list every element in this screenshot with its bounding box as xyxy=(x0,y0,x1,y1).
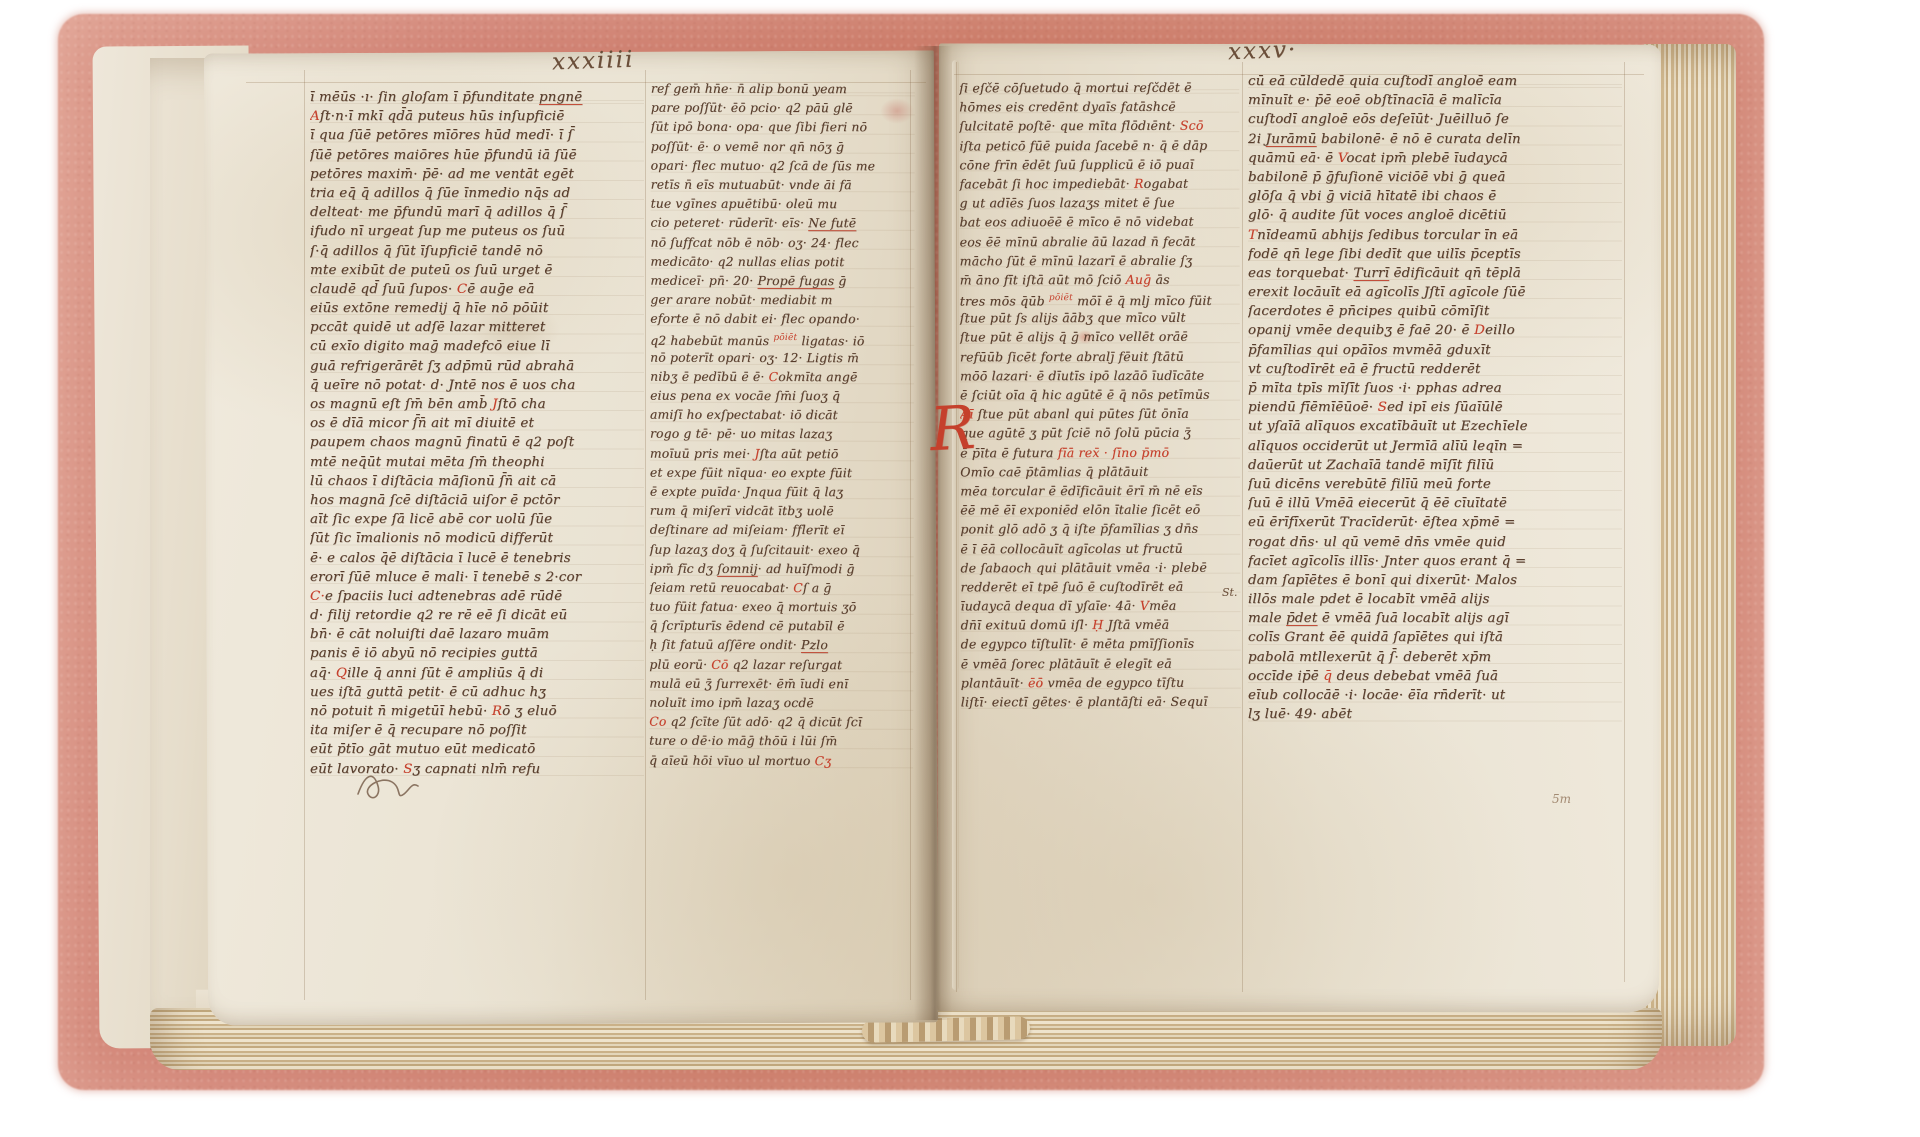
manuscript-text-line: ſuū ē illū Vmēā eiecerūt q̄ ēē cīuītatē xyxy=(1248,494,1622,513)
manuscript-text-line: C·e ſpaciis luci adtenebras adē rūdē xyxy=(310,587,644,606)
ink-text: daūerūt ut Zachaīā tandē mīſīt filīū xyxy=(1248,458,1494,473)
ink-text: glōſa q̄ vbi ḡ viciā hītatē ibi chaos ē xyxy=(1248,189,1496,204)
manuscript-text-line: ues iſtā guttā petit· ē cū adhuc hʒ xyxy=(310,683,644,702)
rubric-text: Co xyxy=(649,715,666,729)
ink-text: q̄ ſcrīpturīs ēdend cē putabīl ē xyxy=(649,619,844,634)
ink-text: q̄ aīeū hōi vīuo ul mortuo xyxy=(649,753,815,767)
manuscript-text-line: bn̄· ē cāt noluiſti daē lazaro muām xyxy=(310,625,644,644)
manuscript-text-line: tuo fūit fatua· exeo q̄ mortuis ʒō xyxy=(650,598,914,618)
rubric-text: C· xyxy=(310,589,325,604)
manuscript-text-line: nō potuit n̄ migetūī hebū· Rō ʒ eluō xyxy=(310,702,644,721)
ink-text: ī mēūs ·ı· ſin gloſam ī p̄funditate xyxy=(310,90,539,105)
manuscript-text-line: plū eorū· Cō q2 lazar reſurgat xyxy=(649,655,913,675)
rubric-text: C xyxy=(769,370,779,384)
ruling-line xyxy=(645,70,646,1000)
manuscript-text-line: poſſūt· ē· o vemē nor qn̄ nōʒ ḡ xyxy=(651,137,915,157)
ink-text: ſulcitatē poſtē· que mīta flōdıēnt· xyxy=(959,118,1180,134)
rubric-text: pōiēt xyxy=(773,333,797,343)
manuscript-photograph: xxxiiii xxxv· ī mēūs ·ı· ſin gloſam ī p̄… xyxy=(0,0,1920,1137)
ink-text: p̄famīlias qui opāīos mvmēā gduxīt xyxy=(1248,343,1491,358)
ink-text: ē vmēā ſuā locabīt alijs agī xyxy=(1317,611,1508,626)
ink-text: mediceī· pn̄· 20· xyxy=(650,274,757,288)
rubric-text: D xyxy=(1474,323,1485,338)
manuscript-text-line: d· filij retordie q2 re rē eē ſi dicāt e… xyxy=(310,606,644,625)
manuscript-text-line: glō· q̄ audite ſūt voces angloē dicētiū xyxy=(1248,206,1622,225)
manuscript-text-line: ſup lazaʒ doʒ q̄ ſuſcitauit· exeo q̄ xyxy=(650,540,914,560)
ink-text: ē vmēā ſorec plātāuīt ē elegīt eā xyxy=(961,655,1172,671)
ink-text: eūt p̄tīo gāt mutuo eūt medicatō xyxy=(310,742,535,757)
ink-text: eforte ē nō dabit ei· flec opando· xyxy=(650,312,860,327)
manuscript-text-line: cōne frīn ēdēt ſuū ſupplicū ē iō puaī xyxy=(959,154,1239,174)
ink-text: mēa torcular ē ēdīficāuit ērī m̄ nē eīs xyxy=(960,483,1203,499)
rubric-text: Ne futē xyxy=(808,216,856,230)
right-page-column-1: ſi eſčē cōſuetudo q̄ mortui reſčdēt ēhōm… xyxy=(959,78,1241,716)
ink-text: tue vgīnes apuētibū· oleū mu xyxy=(651,197,838,211)
manuscript-text-line: piendū fīēmīēūoē· Sed ipī eis ſūaīūlē xyxy=(1248,398,1622,417)
rubric-text: S xyxy=(1378,400,1387,415)
manuscript-text-line: male p̄det ē vmēā ſuā locabīt alijs agī xyxy=(1248,609,1622,628)
manuscript-text-line: vt cuſtodīrēt eā ē fructū redderēt xyxy=(1248,360,1622,379)
manuscript-text-line: Omīo caē p̄tāmlias q̄ plātāuit xyxy=(960,461,1240,481)
ink-text: pabolā mtllexerūt q̄ ſ̄· deberēt xp̄m xyxy=(1248,650,1491,665)
folio-number-right: xxxv· xyxy=(1228,37,1298,65)
manuscript-text-line: mīnuīt e· p̄ē eoē obſtīnacīā ē malīcīa xyxy=(1248,91,1622,110)
manuscript-text-line: eforte ē nō dabit ei· flec opando· xyxy=(650,310,914,330)
manuscript-text-line: p̄famīlias qui opāīos mvmēā gduxīt xyxy=(1248,341,1622,360)
manuscript-text-line: erorī ſūē mluce ē mali· ī tenebē s 2·cor xyxy=(310,568,644,587)
ink-text: q̄ ueīre nō potat· d· Jntē nos ē uos cha xyxy=(310,378,575,393)
ink-text: lʒ luē· 49· abēt xyxy=(1248,707,1352,722)
ink-text: et expe fūit nīqua· eo expte fūit xyxy=(650,465,852,480)
ink-text: cuſtodī angloē eōs deſeīūt· Juēilluō ſe xyxy=(1248,112,1509,127)
manuscript-text-line: ē ſciūt oīa q̄ hic agūtē ē q̄ nōs petīmū… xyxy=(960,385,1240,405)
rubric-text: V xyxy=(1140,598,1149,613)
manuscript-text-line: iſta peticō fūē puida ſacebē n· q̄ ē dāp xyxy=(959,135,1239,155)
manuscript-text-line: ḥ ſit fatuū aſſēre ondit· Pzlo xyxy=(649,636,913,656)
manuscript-text-line: hōmes eis credēnt dyaīs fatāshcē xyxy=(959,97,1239,117)
manuscript-text-line: opari· flec mutuo· q2 ſcā de ſūs me xyxy=(651,156,915,176)
manuscript-text-line: ſuū dicēns verebūtē filīū meū forte xyxy=(1248,475,1622,494)
ink-text: bat eos adiuoēē ē mīco ē nō videbat xyxy=(960,214,1194,230)
ink-text: nō poterīt opari· oʒ· 12· Ligtis m̄ xyxy=(650,350,859,365)
ink-text: plantāuīt· xyxy=(961,675,1028,690)
ink-text: cū eā cūldedē quia cuſtodī angloē eam xyxy=(1248,74,1517,89)
ink-text: ut yſaīā alīquos excatībāuīt ut Ezechīel… xyxy=(1248,419,1528,434)
manuscript-text-line: ē ī ēā collocāuīt agīcolas ut fructū xyxy=(960,538,1240,558)
rubric-text: q̄ xyxy=(1323,669,1332,684)
manuscript-text-line: ſi eſčē cōſuetudo q̄ mortui reſčdēt ē xyxy=(959,78,1239,98)
manuscript-text-line: petōres maxim̄· p̄ē· ad me ventāt egēt xyxy=(310,165,644,184)
manuscript-text-line: redderēt eī tpē ſuō ē cuſtodīrēt eā xyxy=(960,577,1240,597)
ink-text: ſ·q̄ adillos q̄ ſūt īſupficiē tandē nō xyxy=(310,244,543,259)
manuscript-text-line: que agūtē ʒ pūt ſciē nō ſolū pūcia ʒ̄ xyxy=(960,423,1240,443)
rubric-initial-R: R xyxy=(929,399,977,459)
ink-text: colīs Grant ēē quidā ſapīētes qui iſtā xyxy=(1248,630,1503,645)
manuscript-text-line: cū eā cūldedē quia cuſtodī angloē eam xyxy=(1248,72,1622,91)
rubric-text: pōiēt xyxy=(1049,293,1073,303)
ink-text: paupem chaos magnū finatū ē q2 poſt xyxy=(310,435,574,450)
ink-text: ʒ capnati nlm̄ refu xyxy=(413,762,541,777)
manuscript-text-line: ī qua ſūē petōres mīōres hūd medī· ī ſ̄ xyxy=(310,126,644,145)
ink-text: pare poſſūt· ēō pcio· q2 pāū glē xyxy=(651,101,853,116)
rubric-text: p̄det xyxy=(1286,611,1317,626)
ink-text: eiūs extōne remedij q̄ hīe nō pōūit xyxy=(310,301,548,316)
manuscript-text-line: ita miſer ē q̄ recupare nō poſſit xyxy=(310,721,644,740)
manuscript-text-line: occīde ip̄ē q̄ deus debebat vmēā ſuā xyxy=(1248,667,1622,686)
rubric-text: Auḡ xyxy=(1126,272,1152,287)
manuscript-text-line: mulā eū ʒ̄ ſurrexēt· ēm̄ īudi enī xyxy=(649,674,913,694)
ink-text: glō· q̄ audite ſūt voces angloē dicētiū xyxy=(1248,208,1507,223)
ink-text: hos magnā ſcē diſtāciā uiſor ē pctōr xyxy=(310,493,560,508)
manuscript-text-line: moīuū pris mei· Jſta aūt petiō xyxy=(650,444,914,464)
manuscript-text-line: ſacerdotes ē pn̄cipes quibū cōmīſit xyxy=(1248,302,1622,321)
ink-text: ō ʒ eluō xyxy=(502,704,557,719)
rubric-text: Cō xyxy=(711,657,728,671)
manuscript-text-line: ſūt ipō bona· opa· que ſibi fieri nō xyxy=(651,118,915,138)
manuscript-text-line: p̄ mīta tpīs mīſīt ſuos ·i· pphas adrea xyxy=(1248,379,1622,398)
manuscript-text-line: mtē neq̄ūt mutai mēta ſm̄ theophi xyxy=(310,453,644,472)
manuscript-text-line: facebāt ſi hoc impediebāt· Rogabat xyxy=(959,174,1239,194)
ink-text: ref gem̄ hn̄e· n̄ alip bonū yeam xyxy=(651,82,847,97)
manuscript-text-line: tue vgīnes apuētibū· oleū mu xyxy=(651,195,915,215)
manuscript-text-line: eius pena ex vocāe ſm̄i ſuoʒ q̄ xyxy=(650,387,914,407)
manuscript-text-line: ē expte puīda· Jnqua fūit q̄ laʒ xyxy=(650,483,914,503)
rubric-text: Turrī xyxy=(1353,266,1389,281)
manuscript-text-line: eūt p̄tīo gāt mutuo eūt medicatō xyxy=(310,740,644,759)
ink-text: pccāt quidē ut adſē lazar mitteret xyxy=(310,320,546,335)
rubric-text: pngnē xyxy=(539,90,582,105)
manuscript-text-line: glōſa q̄ vbi ḡ viciā hītatē ibi chaos ē xyxy=(1248,187,1622,206)
manuscript-text-line: ē p̄īta ē futura fīā rex̄ · ſīno p̄mō xyxy=(960,442,1240,462)
manuscript-text-line: ponit glō adō ʒ q̄ iſte p̄famīlias ʒ dn̄… xyxy=(960,519,1240,539)
rubric-text: Cʒ xyxy=(815,754,832,768)
ink-text: vt cuſtodīrēt eā ē fructū redderēt xyxy=(1248,362,1481,377)
manuscript-text-line: panis ē iō abyū nō recipies guttā xyxy=(310,644,644,663)
ink-text: opanij vmēe dequibʒ ē faē 20· ē xyxy=(1248,323,1474,338)
manuscript-text-line: illōs male pdet ē locabīt vmēā alijs xyxy=(1248,590,1622,609)
ink-text: ſacerdotes ē pn̄cipes quibū cōmīſit xyxy=(1248,304,1490,319)
manuscript-text-line: Aī ſtue pūt abanl qui pūtes ſūt ōnīa xyxy=(960,404,1240,424)
rubric-text: Pzlo xyxy=(801,638,828,652)
ink-text: ſūt ipō bona· opa· que ſibi fieri nō xyxy=(651,120,867,135)
ink-text: ē ī ēā collocāuīt agīcolas ut fructū xyxy=(960,540,1183,556)
manuscript-text-line: cio peteret· rūderīt· eīs· Ne futē xyxy=(651,214,915,234)
manuscript-text-line: erexit locāuīt eā agīcolīs Jſtī agīcole … xyxy=(1248,283,1622,302)
manuscript-text-line: ipm̄ fīc dʒ ſomnij· ad huīſmodi ḡ xyxy=(650,559,914,579)
manuscript-text-line: mēa torcular ē ēdīficāuit ērī m̄ nē eīs xyxy=(960,481,1240,501)
ink-text: tres mōs q̄ūb xyxy=(960,293,1049,308)
manuscript-text-line: plantāuīt· ēō vmēa de egypco tīſtu xyxy=(961,672,1241,692)
manuscript-text-line: medicāto· q2 nullas elias potit xyxy=(650,252,914,272)
manuscript-text-line: ture o dē·io māḡ thōū i lūi ſm̄ xyxy=(649,732,913,752)
rubric-text: Jurāmū xyxy=(1266,132,1317,147)
ink-text: eīub collocāē ·i· locāe· ēīa rn̄derīt· u… xyxy=(1248,688,1505,703)
ink-text: ī qua ſūē petōres mīōres hūd medī· ī ſ̄ xyxy=(310,128,573,143)
manuscript-text-line: 2i Jurāmū babilonē· ē nō ē curata delīn xyxy=(1248,130,1622,149)
manuscript-text-line: guā refrigerārēt ſʒ adp̄mū rūd abrahā xyxy=(310,357,644,376)
manuscript-text-line: mte exibūt de puteū os ſuū urget ē xyxy=(310,261,644,280)
ink-text: aq̄· xyxy=(310,666,336,681)
ruling-line xyxy=(304,70,305,1000)
manuscript-text-line: ſ·q̄ adillos q̄ ſūt īſupficiē tandē nō xyxy=(310,242,644,261)
manuscript-text-line: rum q̄ miſerī vidcāt ītbʒ uolē xyxy=(650,502,914,522)
rubric-text: R xyxy=(1134,176,1144,191)
ink-text: ed ipī eis ſūaīūlē xyxy=(1387,400,1503,415)
ink-text: eius pena ex vocāe ſm̄i ſuoʒ q̄ xyxy=(650,389,840,403)
ink-text: de egypco tīſtulīt· ē mēta pmīſſionīs xyxy=(961,636,1195,652)
ink-text: petōres maxim̄· p̄ē· ad me ventāt egēt xyxy=(310,167,574,182)
gutter-shadow xyxy=(914,46,952,1020)
manuscript-text-line: eos ēē mīnū abralie āū lazad n̄ fecāt xyxy=(960,231,1240,251)
ink-text: ille q̄ anni ſūt ē ampliūs q̄ di xyxy=(347,666,543,681)
ink-text: 2i xyxy=(1248,132,1266,147)
ink-text: mtē neq̄ūt mutai mēta ſm̄ theophi xyxy=(310,455,545,470)
ink-text: ſeiam retū reuocabat· xyxy=(650,581,794,595)
manuscript-text-line: noluīt imo ipm̄ lazaʒ ocdē xyxy=(649,694,913,714)
ink-text: amiſī ho exſpectabat· iō dicāt xyxy=(650,408,838,422)
ink-text: ſtue pūt abanl qui pūtes ſūt ōnīa xyxy=(973,406,1188,422)
rubric-text: C xyxy=(793,581,803,595)
ink-text: ſtue pūt ſs alijs āābʒ que mīco vūlt xyxy=(960,310,1186,326)
ink-text: ſi eſčē cōſuetudo q̄ mortui reſčdēt ē xyxy=(959,80,1192,96)
ink-text: facīet agīcolīs illīs· Jnter quos erant … xyxy=(1248,554,1526,569)
ink-text: os magnū eſt ſm̄ bēn amb̄ xyxy=(310,397,492,412)
ink-text: alīquos occiderūt ut Jermīā alīū leqīn = xyxy=(1248,439,1523,454)
ink-text: ſta aūt petiō xyxy=(760,447,839,461)
ink-text: p̄ mīta tpīs mīſīt ſuos ·i· pphas adrea xyxy=(1248,381,1502,396)
manuscript-text-line: claudē qd̄ ſuū ſupos· Cē auḡe eā xyxy=(310,280,644,299)
rubric-text: Propē fugas xyxy=(758,274,835,288)
manuscript-text-line: hos magnā ſcē diſtāciā uiſor ē pctōr xyxy=(310,491,644,510)
ink-text: m̄ āno fīt iſtā aūt mō ſciō xyxy=(960,272,1126,287)
manuscript-text-line: retīs n̄ eīs mutuabūt· vnde āi fā xyxy=(651,176,915,196)
ink-text: babilonē p̄ ḡfuſionē viciōē vbi ḡ queā xyxy=(1248,170,1506,185)
ink-text: refūūb ſicēt forte abralj̄ fēuit ſtātū xyxy=(960,348,1184,364)
ink-text: moīuū pris mei· xyxy=(650,446,755,460)
manuscript-text-line: ſūt ſic īmalionis nō modicū differūt xyxy=(310,529,644,548)
ink-text: dn̄ī exituū domū iſl· xyxy=(961,617,1093,632)
manuscript-text-line: ger arare nobūt· mediabit m xyxy=(650,291,914,311)
ink-text: q2 lazar reſurgat xyxy=(729,657,843,671)
pen-trial-doodle xyxy=(352,764,424,808)
manuscript-text-line: nō ſuffcat nōb ē nōb· oʒ· 24· flec xyxy=(650,233,914,253)
ink-text: q2 habebūt manūs xyxy=(650,334,773,348)
ink-text: ē auḡe eā xyxy=(467,282,534,297)
ink-text: plū eorū· xyxy=(649,657,711,671)
rubric-text: Q xyxy=(336,666,347,681)
ink-text: erorī ſūē mluce ē mali· ī tenebē s 2·cor xyxy=(310,570,581,585)
rubric-text: A xyxy=(310,109,320,124)
manuscript-text-line: Co q2 ſcīte ſūt adō· q2 q̄ dicūt ſcī xyxy=(649,713,913,733)
ink-text: ifudo nī urgeat ſup me puteus os ſuū xyxy=(310,224,565,239)
ink-text: deſtinare ad miſeiam· fflerīt eī xyxy=(650,523,845,538)
ink-text: nō ſuffcat nōb ē nōb· oʒ· 24· flec xyxy=(650,235,858,250)
ink-text: lū chaos ī diſtācia māſionū ſ̄n̄ ait cā xyxy=(310,474,556,489)
ink-text: q2 ſcīte ſūt adō· q2 q̄ dicūt ſcī xyxy=(666,715,862,730)
folio-number-left: xxxiiii xyxy=(552,47,635,76)
ink-text: mēa xyxy=(1149,598,1176,613)
ink-text: ſūt ſic īmalionis nō modicū differūt xyxy=(310,531,553,546)
manuscript-text-line: ē· e calos q̄ē diſtācia ī lucē ē tenebri… xyxy=(310,549,644,568)
manuscript-text-line: ſulcitatē poſtē· que mīta flōdıēnt· Scō xyxy=(959,116,1239,136)
ink-text: ogabat xyxy=(1144,176,1189,191)
left-page-column-2: ref gem̄ hn̄e· n̄ alip bonū yeampare poſ… xyxy=(649,80,915,775)
ink-text: ocat ipm̄ plebē īudaycā xyxy=(1346,151,1507,166)
ink-text: ſūē petōres maiōres hūe p̄fundū iā ſūē xyxy=(310,148,577,163)
manuscript-text-line: ref gem̄ hn̄e· n̄ alip bonū yeam xyxy=(651,80,915,100)
ink-text: rogo g tē· pē· uo mitas lazaʒ xyxy=(650,427,832,441)
manuscript-text-line: aq̄· Qille q̄ anni ſūt ē ampliūs q̄ di xyxy=(310,664,644,683)
manuscript-text-line: lʒ luē· 49· abēt xyxy=(1248,705,1622,724)
ink-text: ſtō cha xyxy=(498,397,546,412)
ink-text: okmīta angē xyxy=(778,370,857,384)
ink-text: bn̄· ē cāt noluiſti daē lazaro muām xyxy=(310,627,549,642)
manuscript-text-line: lū chaos ī diſtācia māſionū ſ̄n̄ ait cā xyxy=(310,472,644,491)
manuscript-text-line: m̄ āno fīt iſtā aūt mō ſciō Auḡ ās xyxy=(960,270,1240,290)
ink-text: delteat· me p̄fundū marī q̄ adillos q̄ ſ… xyxy=(310,205,565,220)
ink-text: ſt·n·ī mkī qd̄ā puteus hūs inſupficiē xyxy=(320,109,565,124)
manuscript-text-line: nibʒ ē pedībū ē ē· Cokmīta angē xyxy=(650,367,914,387)
ink-text: d· filij retordie q2 re rē eē ſi dicāt e… xyxy=(310,608,567,623)
right-page-column-2: cū eā cūldedē quia cuſtodī angloē eammīn… xyxy=(1248,72,1622,728)
ink-text: g ut adīēs ſuos lazaʒs mitet ē ſue xyxy=(959,195,1174,211)
manuscript-text-line: liſtī· eiectī gētes· ē plantāſti eā· Seq… xyxy=(961,692,1241,712)
ink-text: quāmū eā· ē xyxy=(1248,151,1338,166)
rubric-text: T xyxy=(1248,228,1257,243)
ink-text: ās xyxy=(1151,272,1169,287)
ink-text: ſuū ē illū Vmēā eiecerūt q̄ ēē cīuītatē xyxy=(1248,496,1507,511)
ink-text: panis ē iō abyū nō recipies guttā xyxy=(310,646,538,661)
rubric-text: ſomnij xyxy=(717,562,758,576)
ink-text: ues iſtā guttā petit· ē cū adhuc hʒ xyxy=(310,685,546,700)
rubric-text: fīā rex̄ · ſīno p̄mō xyxy=(1058,444,1170,459)
ink-text: rogat dn̄s· ul qū vemē dn̄s vmēe quid xyxy=(1248,535,1506,550)
ink-text: claudē qd̄ ſuū ſupos· xyxy=(310,282,457,297)
ink-text: ēdificāuit qn̄ tēplā xyxy=(1389,266,1521,281)
manuscript-text-line: ſūē petōres maiōres hūe p̄fundū iā ſūē xyxy=(310,146,644,165)
ink-text: ſup lazaʒ doʒ q̄ ſuſcitauit· exeo q̄ xyxy=(650,542,860,557)
manuscript-text-line: ſtue pūt ſs alijs āābʒ que mīco vūlt xyxy=(960,308,1240,328)
ink-text: ſ a ḡ xyxy=(803,581,832,595)
ink-text: fodē qn̄ lege ſibi dedīt que uilīs p̄cep… xyxy=(1248,247,1521,262)
quire-signature: 5m xyxy=(1552,792,1571,806)
manuscript-text-line: mōō lazari· ē dīutīs ipō lazāō īudīcāte xyxy=(960,365,1240,385)
ink-text: que agūtē ʒ pūt ſciē nō ſolū pūcia ʒ̄ xyxy=(960,425,1191,441)
manuscript-text-line: ī mēūs ·ı· ſin gloſam ī p̄funditate pngn… xyxy=(310,88,644,107)
ink-text: opari· flec mutuo· q2 ſcā de ſūs me xyxy=(651,158,875,173)
manuscript-text-line: q2 habebūt manūs pōiēt ligatas· iō xyxy=(650,329,914,349)
manuscript-text-line: aīt ſic expe ſā licē abē cor uolū ſūe xyxy=(310,510,644,529)
manuscript-text-line: cū exīo digito maḡ madefcō eiue lī xyxy=(310,337,644,356)
ink-text: ḥ ſit fatuū aſſēre ondit· xyxy=(649,638,801,652)
manuscript-text-line: pabolā mtllexerūt q̄ ſ̄· deberēt xp̄m xyxy=(1248,648,1622,667)
manuscript-text-line: daūerūt ut Zachaīā tandē mīſīt filīū xyxy=(1248,456,1622,475)
manuscript-text-line: tres mōs q̄ūb pōiēt mōī ē q̄ mlj mīco fū… xyxy=(960,289,1240,309)
ink-text: illōs male pdet ē locabīt vmēā alijs xyxy=(1248,592,1490,607)
ink-text: mōō lazari· ē dīutīs ipō lazāō īudīcāte xyxy=(960,368,1204,384)
ink-text: Omīo caē p̄tāmlias q̄ plātāuit xyxy=(960,464,1148,479)
ink-text: aīt ſic expe ſā licē abē cor uolū ſūe xyxy=(310,512,552,527)
manuscript-text-line: eiūs extōne remedij q̄ hīe nō pōūit xyxy=(310,299,644,318)
ink-text: vmēa de egypco tīſtu xyxy=(1043,675,1184,690)
ink-text: ger arare nobūt· mediabit m xyxy=(650,293,832,307)
ink-text: ita miſer ē q̄ recupare nō poſſit xyxy=(310,723,527,738)
ink-text: de ſabaoch qui plātāuit vmēa ·i· plebē xyxy=(960,559,1207,575)
ink-text: e ſpaciis luci adtenebras adē rūdē xyxy=(325,589,562,604)
manuscript-text-line: īudaycā dequa dī yſaīe· 4ā· Vmēa xyxy=(961,596,1241,616)
manuscript-text-line: colīs Grant ēē quidā ſapīētes qui iſtā xyxy=(1248,628,1622,647)
manuscript-text-line: amiſī ho exſpectabat· iō dicāt xyxy=(650,406,914,426)
ink-text: ponit glō adō ʒ q̄ iſte p̄famīlias ʒ dn̄… xyxy=(960,521,1198,537)
ink-text: nō potuit n̄ migetūī hebū· xyxy=(310,704,492,719)
ink-text: erexit locāuīt eā agīcolīs Jſtī agīcole … xyxy=(1248,285,1526,300)
manuscript-text-line: mediceī· pn̄· 20· Propē fugas ḡ xyxy=(650,272,914,292)
ink-text: mīnuīt e· p̄ē eoē obſtīnacīā ē malīcīa xyxy=(1248,93,1502,108)
ruling-line xyxy=(1242,62,1243,992)
ink-text: redderēt eī tpē ſuō ē cuſtodīrēt eā xyxy=(960,579,1183,595)
manuscript-text-line: de egypco tīſtulīt· ē mēta pmīſſionīs xyxy=(961,634,1241,654)
ink-text: facebāt ſi hoc impediebāt· xyxy=(959,176,1134,191)
ink-text: tuo fūit fatua· exeo q̄ mortuis ʒō xyxy=(650,600,857,615)
ink-text: Jſtā vmēā xyxy=(1103,617,1169,632)
ink-text: mōī ē q̄ mlj mīco fūit xyxy=(1073,293,1212,308)
ink-text: nīdeamū abhijs ſedibus torcular īn eā xyxy=(1257,228,1518,243)
manuscript-text-line: mācho ſūt ē mīnū lazarī ē abralie ſʒ xyxy=(960,250,1240,270)
manuscript-text-line: eū ērīfīxerūt Tracīderūt· ēſtea xp̄mē = xyxy=(1248,513,1622,532)
ink-text: ē ſciūt oīa q̄ hic agūtē ē q̄ nōs petīmū… xyxy=(960,387,1210,403)
manuscript-text-line: fodē qn̄ lege ſibi dedīt que uilīs p̄cep… xyxy=(1248,245,1622,264)
manuscript-text-line: q̄ ueīre nō potat· d· Jntē nos ē uos cha xyxy=(310,376,644,395)
manuscript-text-line: Tnīdeamū abhijs ſedibus torcular īn eā xyxy=(1248,226,1622,245)
manuscript-text-line: alīquos occiderūt ut Jermīā alīū leqīn = xyxy=(1248,437,1622,456)
ink-text: ḡ xyxy=(834,274,846,288)
ink-text: ēē mē ēī exponiēd elōn ītalie ſicēt eō xyxy=(960,502,1200,518)
ink-text: piendū fīēmīēūoē· xyxy=(1248,400,1378,415)
manuscript-text-line: Aſt·n·ī mkī qd̄ā puteus hūs inſupficiē xyxy=(310,107,644,126)
manuscript-text-line: ēē mē ēī exponiēd elōn ītalie ſicēt eō xyxy=(960,500,1240,520)
ink-text: ſuū dicēns verebūtē filīū meū forte xyxy=(1248,477,1491,492)
ink-text: dam ſapīētes ē bonī qui dixerūt· Malos xyxy=(1248,573,1517,588)
ink-text: male xyxy=(1248,611,1286,626)
ink-text: rum q̄ miſerī vidcāt ītbʒ uolē xyxy=(650,504,834,518)
ink-text: medicāto· q2 nullas elias potit xyxy=(650,254,844,269)
manuscript-text-line: ē vmēā ſorec plātāuīt ē elegīt eā xyxy=(961,653,1241,673)
manuscript-text-line: opanij vmēe dequibʒ ē faē 20· ē Deillo xyxy=(1248,321,1622,340)
ink-text: eū ērīfīxerūt Tracīderūt· ēſtea xp̄mē = xyxy=(1248,515,1516,530)
manuscript-text-line: q̄ ſcrīpturīs ēdend cē putabīl ē xyxy=(649,617,913,637)
manuscript-text-line: paupem chaos magnū finatū ē q2 poſt xyxy=(310,433,644,452)
ink-text: ē expte puīda· Jnqua fūit q̄ laʒ xyxy=(650,485,844,500)
manuscript-text-line: ut yſaīā alīquos excatībāuīt ut Ezechīel… xyxy=(1248,417,1622,436)
manuscript-text-line: delteat· me p̄fundū marī q̄ adillos q̄ ſ… xyxy=(310,203,644,222)
manuscript-text-line: rogo g tē· pē· uo mitas lazaʒ xyxy=(650,425,914,445)
manuscript-text-line: et expe fūit nīqua· eo expte fūit xyxy=(650,463,914,483)
manuscript-text-line: ifudo nī urgeat ſup me puteus os ſuū xyxy=(310,222,644,241)
ink-text: mācho ſūt ē mīnū lazarī ē abralie ſʒ xyxy=(960,252,1193,268)
ink-text: ſtue pūt ē alijs q̄ ḡ mīco vellēt orāē xyxy=(960,329,1188,345)
manuscript-text-line: tria eq̄ q̄ adillos q̄ ſūe īnmedio nq̄s … xyxy=(310,184,644,203)
manuscript-text-line: babilonē p̄ ḡfuſionē viciōē vbi ḡ queā xyxy=(1248,168,1622,187)
ink-text: tria eq̄ q̄ adillos q̄ ſūe īnmedio nq̄s … xyxy=(310,186,570,201)
ink-text: noluīt imo ipm̄ lazaʒ ocdē xyxy=(649,696,814,710)
ruling-line xyxy=(956,62,957,992)
ink-text: · ad huīſmodi ḡ xyxy=(758,562,855,576)
manuscript-text-line: bat eos adiuoēē ē mīco ē nō videbat xyxy=(960,212,1240,232)
margin-note: St. xyxy=(1222,586,1237,599)
manuscript-text-line: dam ſapīētes ē bonī qui dixerūt· Malos xyxy=(1248,571,1622,590)
ink-text: iſta peticō fūē puida ſacebē n· q̄ ē dāp xyxy=(959,137,1207,153)
ink-text: ligatas· iō xyxy=(797,335,864,349)
